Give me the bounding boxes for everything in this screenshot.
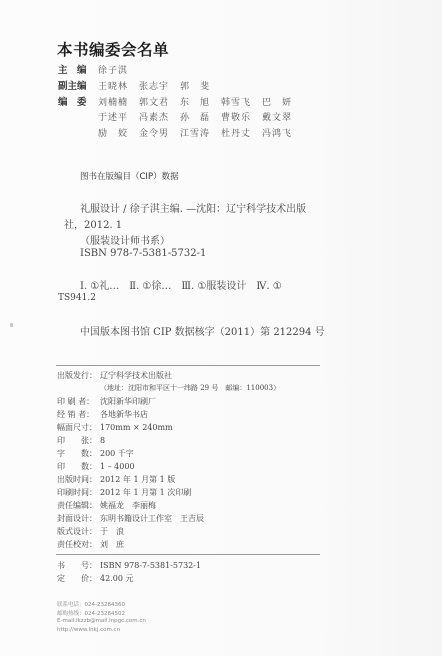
imprint-key: 责任编辑： [57,500,100,511]
book-value: 42.00 元 [100,574,133,583]
imprint-value: 沈阳新华印刷厂 [100,397,156,406]
imprint-value: 1 – 4000 [100,462,135,471]
imprint-format: 幅面尺寸：170mm × 240mm [57,422,173,433]
copyright-page: 本书编委会名单 主 编 徐子淇 副主编 王晓林 张志宇 郭 斐 编 委 刘楠楠 … [0,0,442,656]
imprint-key: 出版时间： [57,474,100,485]
member-name: 巴 妍 [262,95,303,108]
cip-class-code: TS941.2 [58,293,96,303]
committee-row-members-1: 编 委 刘楠楠 郭文君 东 旭 韩雪飞 巴 妍 [58,94,303,108]
committee-row-members-2: 于述平 冯素杰 孙 磊 曹敬乐 戴文翠 [58,110,303,123]
imprint-value: （地址：沈阳市和平区十一纬路 29 号 邮编：110003） [100,384,280,392]
imprint-key: 幅面尺寸： [57,422,100,433]
cip-heading: 图书在版编目（CIP）数据 [80,170,179,182]
role-label: 副主编 [58,78,98,92]
committee-row-members-3: 励 姣 金令男 江雪涛 杜丹丈 冯鸿飞 [58,126,303,139]
committee-title: 本书编委会名单 [57,38,169,60]
imprint-value: 辽宁科学技术出版社 [100,371,172,380]
imprint-value: 东明书籍设计工作室 王吉辰 [100,514,204,523]
imprint-key: 封面设计： [57,513,100,524]
role-label: 编 委 [58,94,98,108]
member-name: 郭文君 [139,95,180,108]
imprint-layout-design: 版式设计：于 浪 [57,526,124,537]
contact-website[interactable]: http://www.lnkj.com.cn [57,627,120,633]
imprint-value: 刘 庶 [100,540,124,549]
member-name: 金令男 [139,126,180,139]
contact-mail-order: 邮购热线：024-23284502 [57,609,125,617]
member-name: 王晓林 [98,79,139,92]
imprint-printer: 印 刷 者：沈阳新华印刷厂 [57,396,156,407]
imprint-value: 8 [100,436,105,445]
imprint-publisher: 出版发行：辽宁科学技术出版社 [57,370,172,381]
member-name: 刘楠楠 [98,95,139,108]
committee-row-deputy-editors: 副主编 王晓林 张志宇 郭 斐 [58,78,221,92]
member-name: 励 姣 [98,126,139,139]
member-name: 于述平 [98,110,139,123]
book-price: 定 价：42.00 元 [57,573,133,584]
imprint-sheets: 印 张：8 [57,435,105,446]
cip-isbn: ISBN 978-7-5381-5732-1 [80,248,206,259]
imprint-key: 印 张： [57,435,100,446]
member-name: 孙 磊 [180,110,221,123]
imprint-value: 于 浪 [100,527,124,536]
book-key: 书 号： [57,560,100,571]
imprint-word-count: 字 数：200 千字 [57,448,134,459]
imprint-value: 姚福龙 李丽梅 [100,501,156,510]
member-name: 江雪涛 [180,126,221,139]
imprint-distributor: 经 销 者：各地新华书店 [57,409,148,420]
imprint-key: 印 刷 者： [57,396,100,407]
committee-row-chief-editor: 主 编 徐子淇 [58,62,139,76]
cip-line-1: 礼服设计 / 徐子淇主编. —沈阳：辽宁科学技术出版 [80,200,306,215]
cip-classification: Ⅰ. ①礼… Ⅱ. ①徐… Ⅲ. ①服装设计 Ⅳ. ① [80,277,282,292]
imprint-value: 各地新华书店 [100,410,148,419]
imprint-key: 版式设计： [57,526,100,537]
imprint-key: 经 销 者： [57,409,100,420]
member-name: 冯鸿飞 [262,126,303,139]
divider-bottom [56,554,320,555]
member-name: 曹敬乐 [221,110,262,123]
contact-phone: 联系电话：024-23284360 [57,600,125,608]
member-name: 徐子淇 [98,63,139,76]
member-name: 东 旭 [180,95,221,108]
book-value: ISBN 978-7-5381-5732-1 [100,561,201,570]
imprint-pub-date: 出版时间：2012 年 1 月第 1 版 [57,474,175,485]
imprint-key: 印 数： [57,461,100,472]
contact-email[interactable]: E-mail:lkzzb@mail.lnpgc.com.cn [57,618,146,624]
imprint-value: 2012 年 1 月第 1 次印刷 [100,488,191,497]
book-key: 定 价： [57,573,100,584]
imprint-value: 2012 年 1 月第 1 版 [100,475,175,484]
member-name: 戴文翠 [262,110,303,123]
imprint-key: 印刷时间： [57,487,100,498]
book-isbn: 书 号：ISBN 978-7-5381-5732-1 [57,560,201,571]
divider-top [56,365,320,366]
cip-line-2: 社，2012. 1 [64,216,122,231]
imprint-key: 字 数： [57,448,100,459]
member-name: 冯素杰 [139,110,180,123]
member-name: 韩雪飞 [221,95,262,108]
imprint-key: 责任校对： [57,539,100,550]
cip-series: （服装设计师书系） [80,232,170,247]
imprint-address: （地址：沈阳市和平区十一纬路 29 号 邮编：110003） [100,383,280,393]
paper-speck [10,323,13,327]
member-name: 郭 斐 [180,79,221,92]
role-label: 主 编 [58,62,98,76]
imprint-editors: 责任编辑：姚福龙 李丽梅 [57,500,156,511]
imprint-key: 出版发行： [57,370,100,381]
imprint-cover-design: 封面设计：东明书籍设计工作室 王吉辰 [57,513,204,524]
imprint-print-run: 印 数：1 – 4000 [57,461,135,472]
imprint-print-date: 印刷时间：2012 年 1 月第 1 次印刷 [57,487,191,498]
member-name: 杜丹丈 [221,126,262,139]
member-name: 张志宇 [139,79,180,92]
imprint-value: 200 千字 [100,449,134,458]
imprint-proofreader: 责任校对：刘 庶 [57,539,124,550]
imprint-value: 170mm × 240mm [100,423,173,432]
cip-verification: 中国版本图书馆 CIP 数据核字（2011）第 212294 号 [80,323,325,338]
